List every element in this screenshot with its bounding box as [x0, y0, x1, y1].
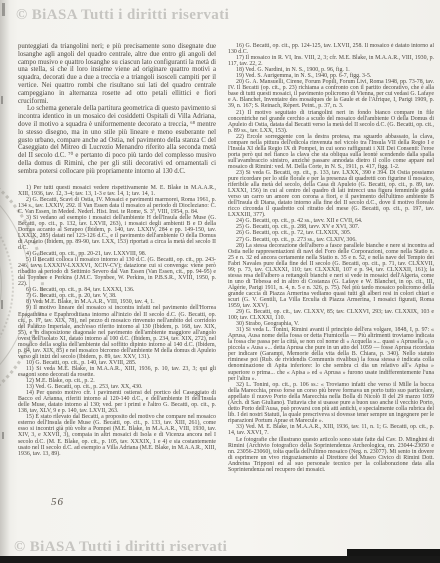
scan-artifact — [2, 3, 5, 16]
body-paragraph: punteggiati da triangolini neri; e più p… — [18, 43, 216, 105]
left-column: punteggiati da triangolini neri; e più p… — [18, 43, 216, 504]
footnote: 20) G. A. Mansuelli, Cirene, Forum Popil… — [228, 79, 434, 109]
footnote: 23) Si veda G. Becatti, op. cit., p. 133… — [228, 170, 434, 218]
watermark-bottom: © BiASA Tutti i diritti riservati — [14, 539, 227, 556]
footnote: 22) Ercole sorreggente con la destra pro… — [228, 134, 434, 170]
scan-artifact — [1, 300, 3, 309]
scan-artifact — [1, 96, 3, 104]
scan-artifact — [2, 432, 4, 439]
footnote: 9) Il motivo lineare del mosaico si inco… — [18, 305, 216, 359]
footnote: 28) La stessa decorazione dell'albero a … — [228, 243, 434, 310]
footnote: 21) Il motivo seguitato di triangolini n… — [228, 110, 434, 134]
footnote: 16) G. Becatti, op. cit., pp. 124-125, t… — [228, 43, 434, 55]
footnotes-left: 1) Per tutti questi mosaici vedere rispe… — [18, 185, 216, 457]
page-number: 56 — [51, 496, 64, 508]
footnote: 14) Per questo motivo cfr. i pavimenti o… — [18, 390, 216, 414]
footnote: 17) Il mosaico in R. VI, Ins. VIII, 2, 3… — [228, 55, 434, 67]
footnotes-right: 16) G. Becatti, op. cit., pp. 124-125, t… — [228, 43, 434, 436]
footnote: 31) Si veda L. Tonini, Rimini avanti il … — [228, 327, 434, 381]
footnote: 33) Ved. M. E. Blake, in M.A.A.R., XIII,… — [228, 424, 434, 436]
footnote: 11) Si veda M.E. Blake, in M.A.A.R., XII… — [18, 366, 216, 378]
watermark-top: © BiASA Tutti i diritti riservati — [16, 7, 229, 24]
body-paragraph: Lo schema generale della partitura geome… — [18, 105, 216, 175]
footnote: 2) G. Becatti, Scavi di Ostia, IV. Mosai… — [18, 197, 216, 215]
right-column: 16) G. Becatti, op. cit., pp. 124-125, t… — [228, 43, 434, 505]
footnote: 32) L. Tonini, op. cit., p. 106 ss.: « T… — [228, 382, 434, 424]
footnote: 29) G. Becatti, op. cit., tav. CLXXV, 85… — [228, 309, 434, 321]
page-edge-shadow — [0, 0, 10, 563]
acknowledgement-paragraph: Le fotografie che illustrano questo arti… — [228, 437, 434, 473]
footnote: 5) Il Becatti colloca il mosaico intorno… — [18, 257, 216, 287]
footnote: 15) È stato rilevato dal Becatti, a prop… — [18, 414, 216, 456]
body-text: punteggiati da triangolini neri; e più p… — [18, 43, 216, 176]
scan-bottom-bar — [0, 556, 440, 563]
footnote: 1) Per tutti questi mosaici vedere rispe… — [18, 185, 216, 197]
footnote: 3) Si vedano ad esempio i mosaici dell'a… — [18, 215, 216, 251]
